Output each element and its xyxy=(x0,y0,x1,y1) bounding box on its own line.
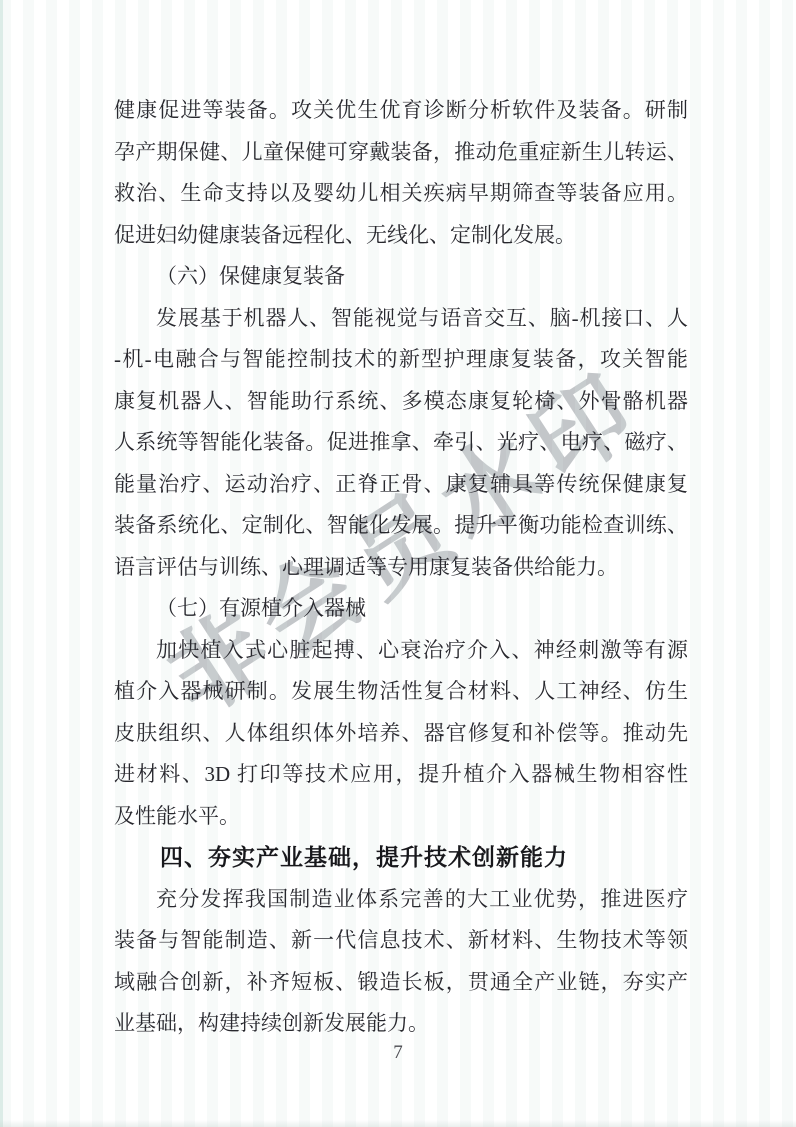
body-line: 健康促进等装备。攻关优生优育诊断分析软件及装备。研制 xyxy=(114,90,688,132)
subsection-title: （六）保健康复装备 xyxy=(114,256,688,298)
document-page: 非会员水印 健康促进等装备。攻关优生优育诊断分析软件及装备。研制 孕产期保健、儿… xyxy=(0,0,796,1127)
body-line: 植介入器械研制。发展生物活性复合材料、人工神经、仿生 xyxy=(114,671,688,713)
body-line: 域融合创新，补齐短板、锻造长板，贯通全产业链，夯实产 xyxy=(114,962,688,1004)
body-line: 促进妇幼健康装备远程化、无线化、定制化发展。 xyxy=(114,215,688,257)
body-line: 进材料、3D 打印等技术应用，提升植介入器械生物相容性 xyxy=(114,754,688,796)
body-line: 装备与智能制造、新一代信息技术、新材料、生物技术等领 xyxy=(114,920,688,962)
body-line: 装备系统化、定制化、智能化发展。提升平衡功能检查训练、 xyxy=(114,505,688,547)
page-number: 7 xyxy=(0,1042,796,1064)
body-line: 能量治疗、运动治疗、正脊正骨、康复辅具等传统保健康复 xyxy=(114,464,688,506)
body-line: 救治、生命支持以及婴幼儿相关疾病早期筛查等装备应用。 xyxy=(114,173,688,215)
subsection-title: （七）有源植介入器械 xyxy=(114,588,688,630)
body-line: 孕产期保健、儿童保健可穿戴装备，推动危重症新生儿转运、 xyxy=(114,132,688,174)
scan-bottom-smudge xyxy=(0,1120,796,1127)
body-line: 发展基于机器人、智能视觉与语音交互、脑-机接口、人 xyxy=(114,298,688,340)
scan-edge-line xyxy=(0,0,3,1127)
body-line: 业基础，构建持续创新发展能力。 xyxy=(114,1003,688,1045)
body-line: 加快植入式心脏起搏、心衰治疗介入、神经刺激等有源 xyxy=(114,630,688,672)
body-line: 充分发挥我国制造业体系完善的大工业优势，推进医疗 xyxy=(114,879,688,921)
body-line: 人系统等智能化装备。促进推拿、牵引、光疗、电疗、磁疗、 xyxy=(114,422,688,464)
body-line: 语言评估与训练、心理调适等专用康复装备供给能力。 xyxy=(114,547,688,589)
document-body: 健康促进等装备。攻关优生优育诊断分析软件及装备。研制 孕产期保健、儿童保健可穿戴… xyxy=(114,90,688,1045)
body-line: 皮肤组织、人体组织体外培养、器官修复和补偿等。推动先 xyxy=(114,713,688,755)
body-line: -机-电融合与智能控制技术的新型护理康复装备，攻关智能 xyxy=(114,339,688,381)
body-line: 康复机器人、智能助行系统、多模态康复轮椅、外骨骼机器 xyxy=(114,381,688,423)
section-heading: 四、夯实产业基础，提升技术创新能力 xyxy=(114,837,688,879)
body-line: 及性能水平。 xyxy=(114,796,688,838)
